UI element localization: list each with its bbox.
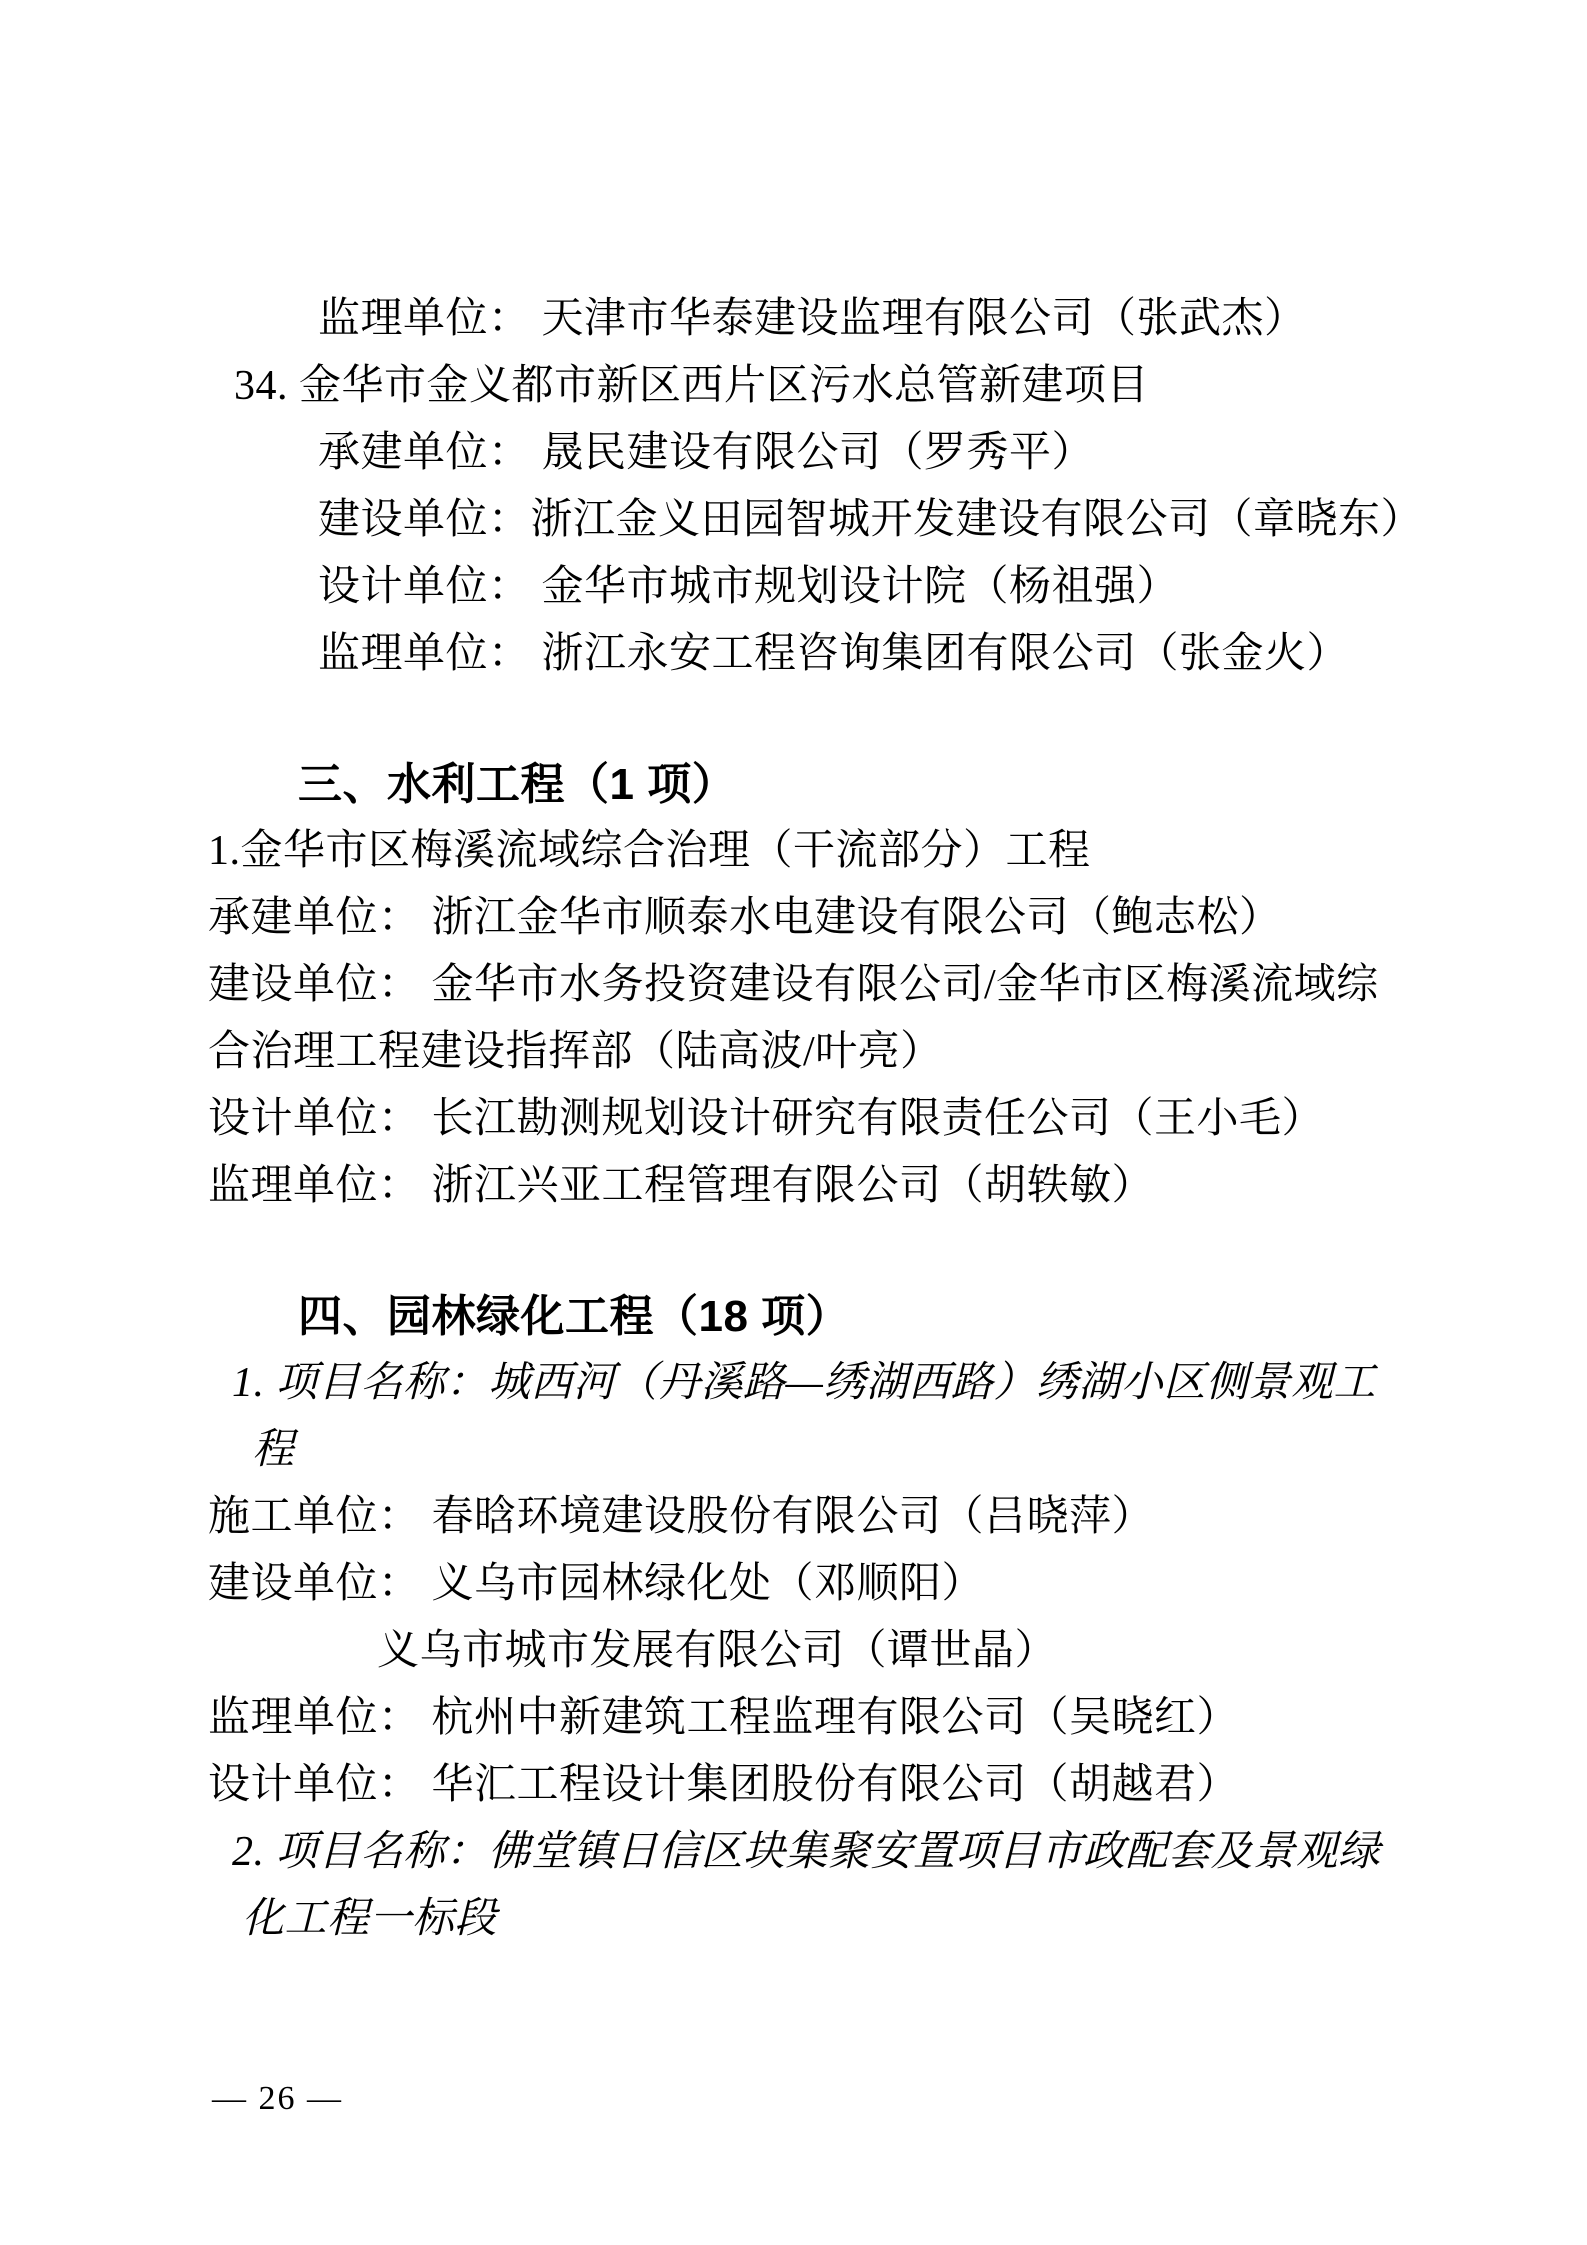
developer-line-continued: 合治理工程建设指挥部（陆高波/叶亮）: [208, 1019, 1508, 1086]
contractor-line: 承建单位： 浙江金华市顺泰水电建设有限公司（鲍志松）: [208, 885, 1508, 952]
designer-line: 设计单位： 金华市城市规划设计院（杨祖强）: [318, 554, 1508, 621]
project-2-title: 2. 项目名称：佛堂镇日信区块集聚安置项目市政配套及景观绿: [232, 1819, 1508, 1886]
project-2-title-continued: 化工程一标段: [242, 1886, 1508, 1953]
supervisor-line: 监理单位： 天津市华泰建设监理有限公司（张武杰）: [318, 286, 1508, 353]
project-1-title-continued: 程: [252, 1417, 1508, 1484]
page-number: — 26 —: [212, 2079, 343, 2119]
supervisor-line: 监理单位： 杭州中新建筑工程监理有限公司（吴晓红）: [208, 1685, 1508, 1752]
designer-line: 设计单位： 华汇工程设计集团股份有限公司（胡越君）: [208, 1752, 1508, 1819]
developer-line: 建设单位： 义乌市园林绿化处（邓顺阳）: [208, 1551, 1508, 1618]
developer-line: 建设单位： 金华市水务投资建设有限公司/金华市区梅溪流域综: [208, 952, 1508, 1019]
project-1-title: 1. 项目名称：城西河（丹溪路—绣湖西路）绣湖小区侧景观工: [232, 1350, 1508, 1417]
project-34-title: 34. 金华市金义都市新区西片区污水总管新建项目: [234, 353, 1508, 420]
supervisor-line: 监理单位： 浙江兴亚工程管理有限公司（胡轶敏）: [208, 1153, 1508, 1220]
section-heading-landscape: 四、园林绿化工程（18 项）: [298, 1283, 1508, 1350]
section-heading-water: 三、水利工程（1 项）: [298, 751, 1508, 818]
developer-line: 建设单位：浙江金义田园智城开发建设有限公司（章晓东）: [318, 487, 1508, 554]
developer-line-second-company: 义乌市城市发展有限公司（谭世晶）: [377, 1618, 1508, 1685]
builder-line: 施工单位： 春晗环境建设股份有限公司（吕晓萍）: [208, 1484, 1508, 1551]
document-body: 监理单位： 天津市华泰建设监理有限公司（张武杰） 34. 金华市金义都市新区西片…: [208, 286, 1508, 1953]
project-title: 1.金华市区梅溪流域综合治理（干流部分）工程: [208, 818, 1508, 885]
designer-line: 设计单位： 长江勘测规划设计研究有限责任公司（王小毛）: [208, 1086, 1508, 1153]
contractor-line: 承建单位： 晟民建设有限公司（罗秀平）: [318, 420, 1508, 487]
supervisor-line: 监理单位： 浙江永安工程咨询集团有限公司（张金火）: [318, 621, 1508, 688]
document-page: 监理单位： 天津市华泰建设监理有限公司（张武杰） 34. 金华市金义都市新区西片…: [0, 0, 1587, 2245]
